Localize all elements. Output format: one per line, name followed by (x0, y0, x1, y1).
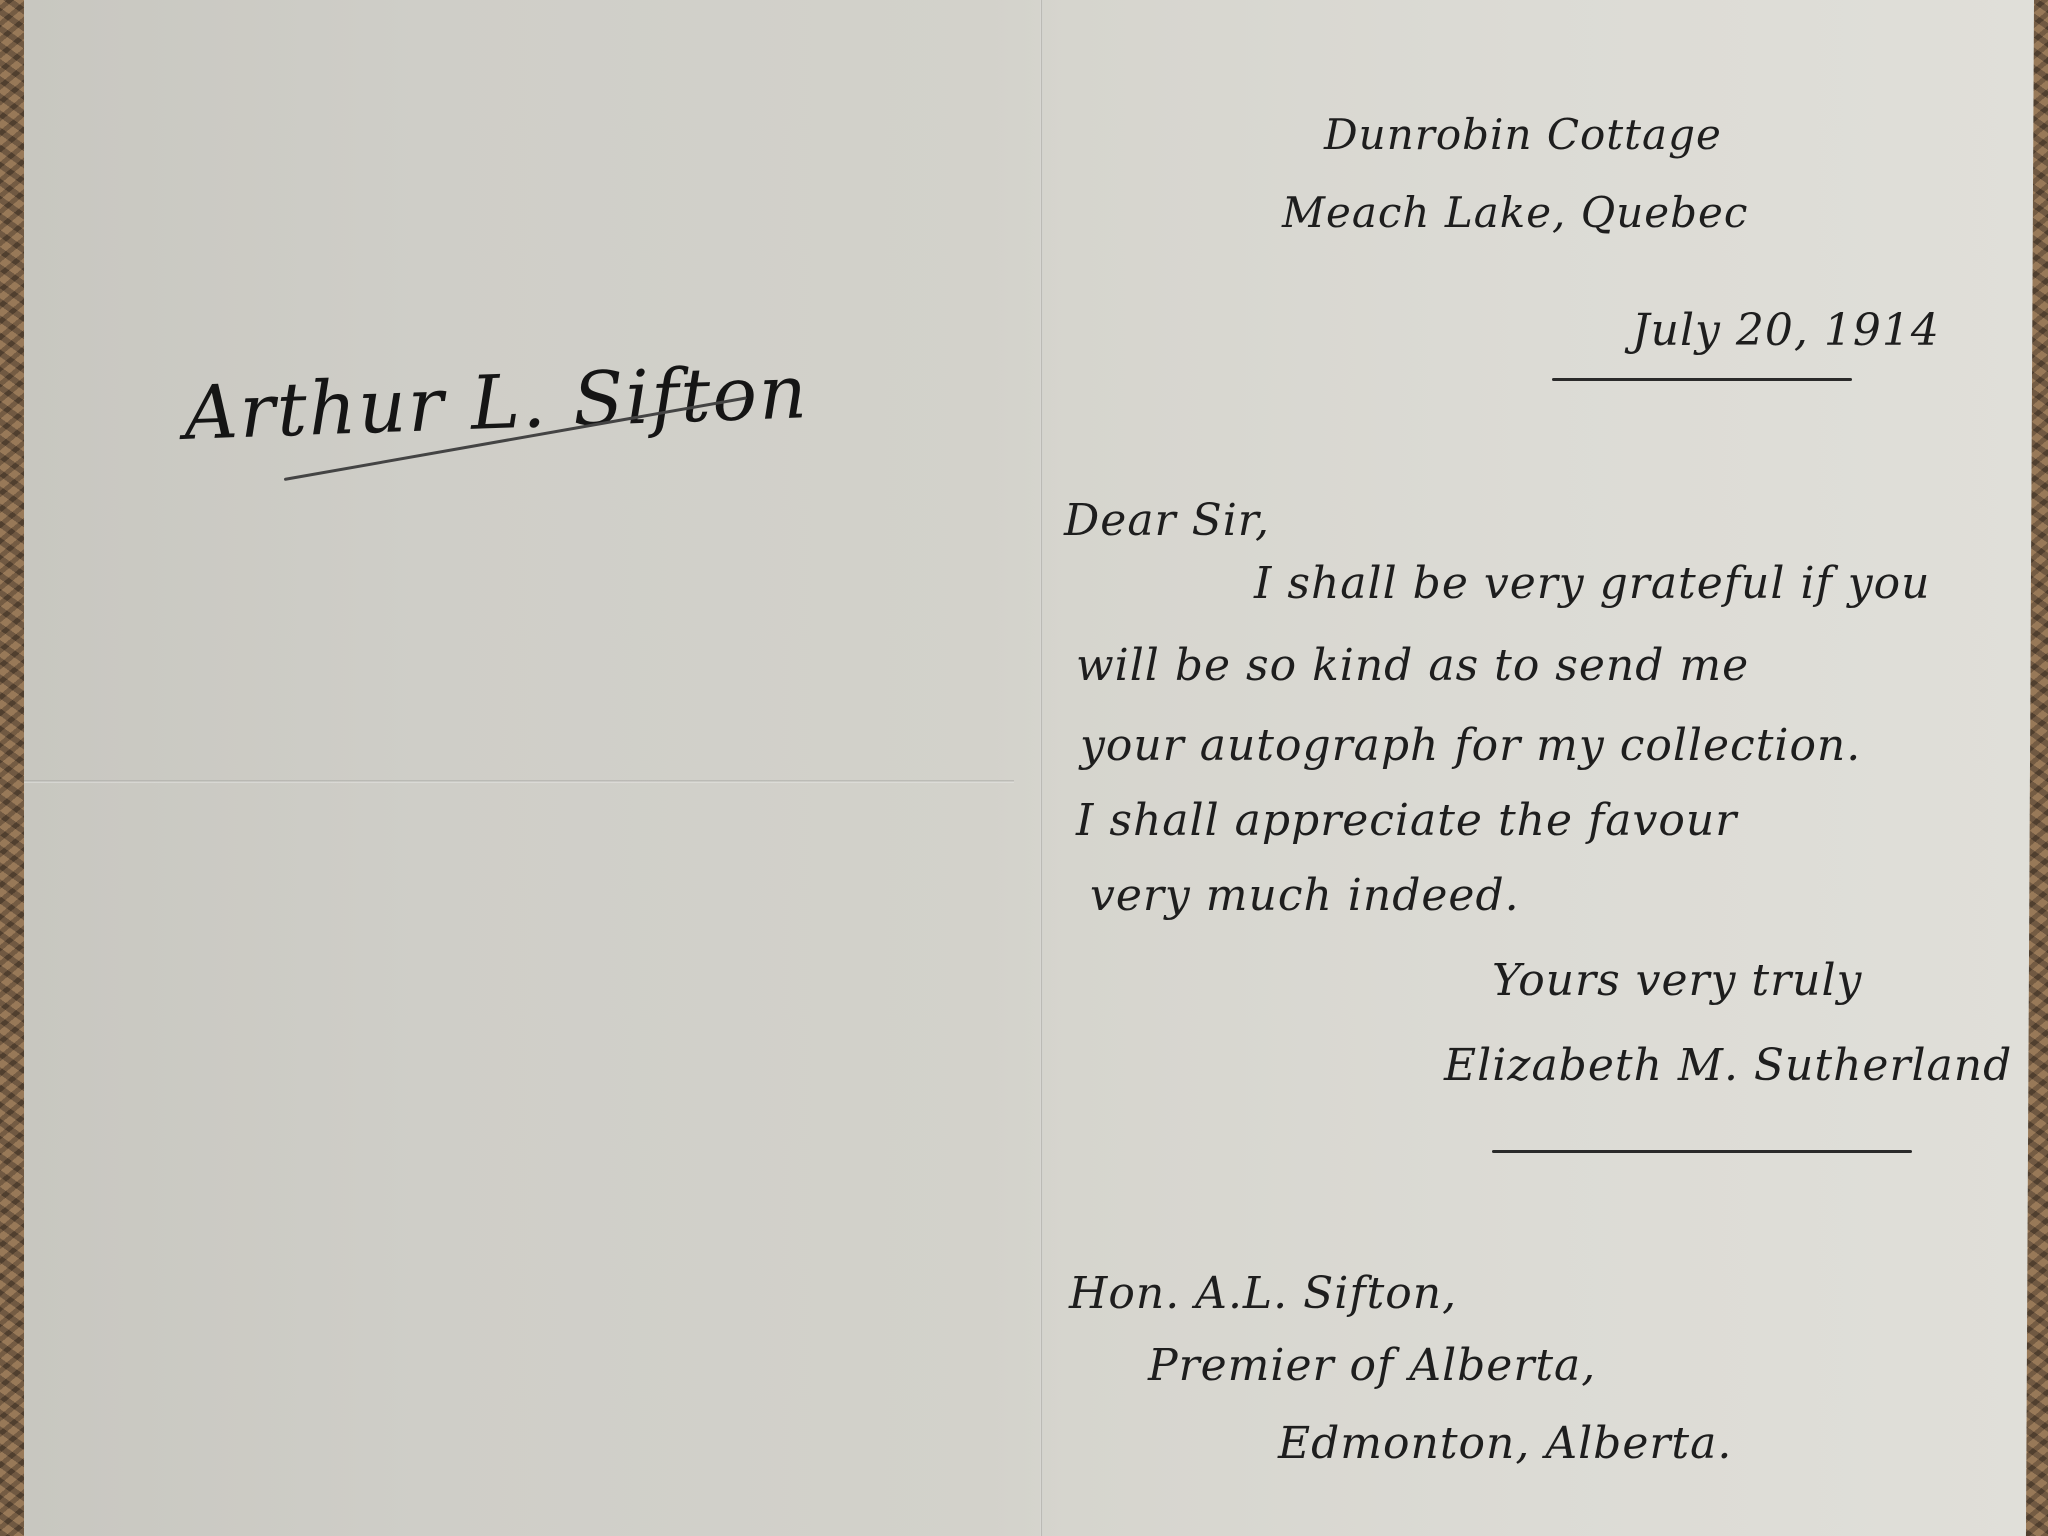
signature-underline (1492, 1150, 1912, 1153)
recipient-line-2: Premier of Alberta, (1148, 1340, 1596, 1391)
body-line-4: I shall appreciate the favour (1076, 795, 1737, 846)
photo-background: Arthur L. Sifton Dunrobin Cottage Meach … (0, 0, 2048, 1536)
sender-signature: Elizabeth M. Sutherland (1444, 1040, 2012, 1091)
address-line-1: Dunrobin Cottage (1324, 110, 1722, 159)
vertical-fold-crease (1040, 0, 1043, 1536)
recipient-line-1: Hon. A.L. Sifton, (1069, 1268, 1457, 1319)
body-line-2: will be so kind as to send me (1076, 640, 1749, 691)
salutation: Dear Sir, (1064, 495, 1270, 546)
body-line-1: I shall be very grateful if you (1254, 558, 1930, 609)
body-line-5: very much indeed. (1090, 870, 1520, 921)
letter-date: July 20, 1914 (1632, 305, 1940, 356)
recipient-line-3: Edmonton, Alberta. (1278, 1418, 1732, 1469)
date-underline (1552, 378, 1852, 381)
closing: Yours very truly (1492, 955, 1862, 1006)
horizontal-fold-crease (24, 780, 1014, 783)
letter-sheet: Arthur L. Sifton Dunrobin Cottage Meach … (24, 0, 2034, 1536)
body-line-3: your autograph for my collection. (1080, 720, 1861, 771)
address-line-2: Meach Lake, Quebec (1282, 188, 1748, 237)
